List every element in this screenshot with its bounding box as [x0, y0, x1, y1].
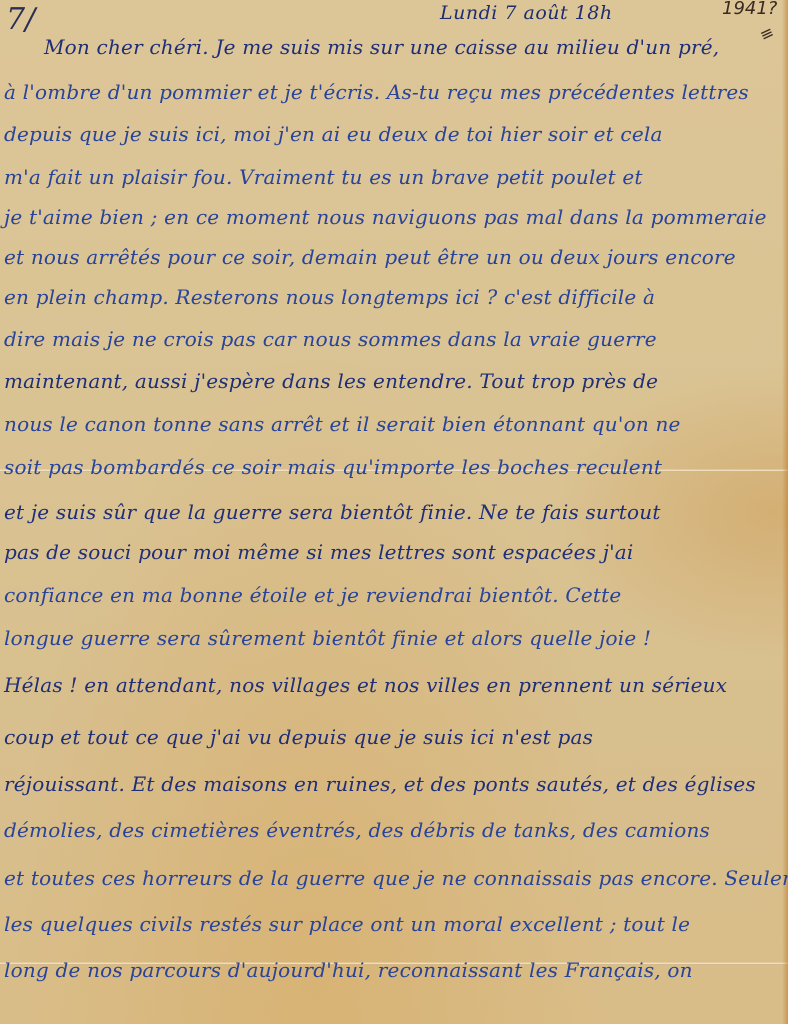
- letter-line: Mon cher chéri. Je me suis mis sur une c…: [44, 35, 719, 59]
- letter-line: Hélas ! en attendant, nos villages et no…: [4, 673, 727, 697]
- letter-line: et nous arrêtés pour ce soir, demain peu…: [4, 245, 736, 269]
- letter-page: 7/ Lundi 7 août 18h 1941? ≡ Mon cher ché…: [0, 0, 788, 1024]
- letter-line: je t'aime bien ; en ce moment nous navig…: [4, 205, 767, 229]
- archive-year-note: 1941?: [722, 0, 777, 19]
- letter-line: depuis que je suis ici, moi j'en ai eu d…: [4, 122, 663, 146]
- letter-line: nous le canon tonne sans arrêt et il ser…: [4, 412, 681, 436]
- letter-date: Lundi 7 août 18h: [440, 2, 613, 24]
- letter-line: réjouissant. Et des maisons en ruines, e…: [4, 772, 756, 796]
- letter-line: long de nos parcours d'aujourd'hui, reco…: [4, 958, 693, 982]
- letter-line: confiance en ma bonne étoile et je revie…: [4, 583, 621, 607]
- letter-line: les quelques civils restés sur place ont…: [4, 912, 690, 936]
- letter-line: et toutes ces horreurs de la guerre que …: [4, 866, 788, 890]
- letter-line: soit pas bombardés ce soir mais qu'impor…: [4, 455, 662, 479]
- letter-line: démolies, des cimetières éventrés, des d…: [4, 818, 710, 842]
- letter-line: pas de souci pour moi même si mes lettre…: [4, 540, 634, 564]
- letter-line: coup et tout ce que j'ai vu depuis que j…: [4, 725, 593, 749]
- letter-line: dire mais je ne crois pas car nous somme…: [4, 327, 657, 351]
- letter-line: maintenant, aussi j'espère dans les ente…: [4, 369, 658, 393]
- page-number: 7/: [6, 2, 35, 37]
- letter-line: et je suis sûr que la guerre sera bientô…: [4, 500, 661, 524]
- letter-line: m'a fait un plaisir fou. Vraiment tu es …: [4, 165, 643, 189]
- letter-line: en plein champ. Resterons nous longtemps…: [4, 285, 655, 309]
- letter-line: à l'ombre d'un pommier et je t'écris. As…: [4, 80, 749, 104]
- letter-line: longue guerre sera sûrement bientôt fini…: [4, 626, 651, 650]
- archive-mark: ≡: [757, 22, 777, 45]
